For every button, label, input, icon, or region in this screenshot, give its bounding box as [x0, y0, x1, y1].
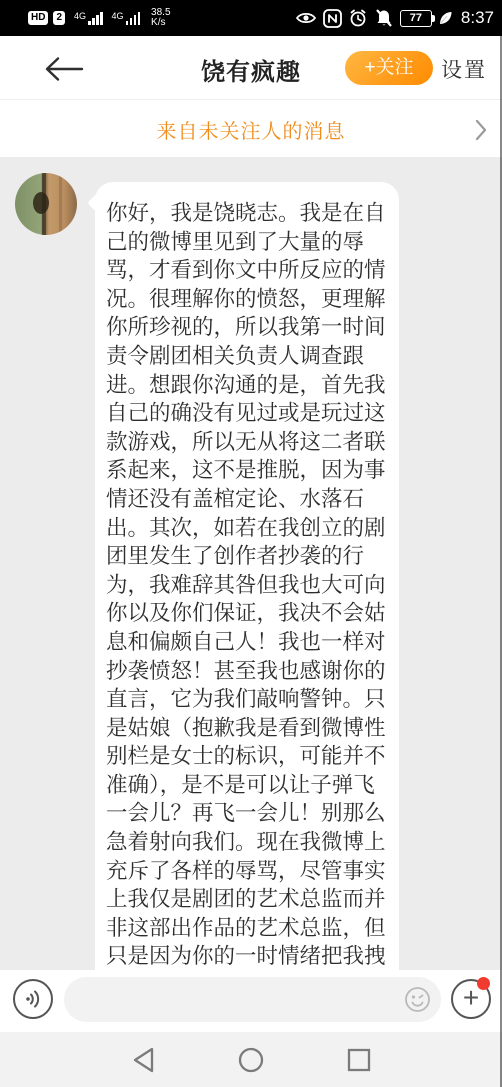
message-text: 你好，我是饶晓志。我是在自 己的微博里见到了大量的辱 骂，才看到你文中所反应的情…: [106, 199, 387, 970]
voice-wave-icon: [22, 988, 44, 1010]
nav-back-button[interactable]: [89, 1046, 197, 1074]
nav-home-button[interactable]: [197, 1046, 305, 1074]
chat-header: 饶有疯趣 +关注 设置: [0, 36, 502, 100]
nav-recents-square-icon: [346, 1047, 372, 1073]
emoji-button[interactable]: [404, 986, 431, 1013]
composer-bar: +: [0, 970, 502, 1032]
chevron-right-icon: [474, 118, 488, 142]
notification-dot: [477, 977, 490, 990]
nav-back-triangle-icon: [130, 1046, 156, 1074]
follow-button[interactable]: +关注: [345, 51, 433, 85]
battery-icon: 77: [400, 10, 432, 27]
alarm-icon: [348, 8, 368, 28]
nav-home-circle-icon: [237, 1046, 265, 1074]
nav-recents-button[interactable]: [305, 1047, 413, 1073]
stranger-message-notice[interactable]: 来自未关注人的消息: [0, 101, 502, 157]
voice-input-button[interactable]: [13, 979, 53, 1019]
signal-icon-sim1: 4G: [74, 12, 103, 25]
smiley-icon: [404, 986, 431, 1013]
sim2-badge: 2: [53, 11, 65, 25]
message-bubble: 你好，我是饶晓志。我是在自 己的微博里见到了大量的辱 骂，才看到你文中所反应的情…: [95, 182, 399, 970]
battery-percent: 77: [410, 12, 422, 24]
status-left-cluster: HD 2 4G 4G 38.5 K/s: [28, 8, 171, 28]
mute-bell-icon: [374, 8, 394, 28]
signal-bars-2: [126, 12, 141, 25]
more-actions-button[interactable]: +: [451, 979, 491, 1019]
status-right-cluster: 77 8:37: [295, 8, 494, 28]
status-bar: HD 2 4G 4G 38.5 K/s: [0, 0, 502, 36]
avatar-photo: [15, 173, 77, 235]
power-saving-leaf-icon: [438, 10, 453, 26]
avatar[interactable]: [15, 173, 77, 235]
plus-icon: +: [463, 984, 479, 1012]
message-input[interactable]: [64, 977, 441, 1022]
signal-bars-1: [88, 12, 103, 25]
nfc-icon: [323, 9, 342, 28]
status-time: 8:37: [461, 8, 494, 28]
android-nav-bar: [0, 1032, 502, 1087]
eye-comfort-icon: [295, 9, 317, 27]
settings-button[interactable]: 设置: [441, 54, 487, 84]
speed-unit: K/s: [151, 17, 165, 28]
hd-volte-badge: HD: [28, 11, 48, 25]
signal-icon-sim2: 4G: [112, 12, 141, 25]
message-list: 你好，我是饶晓志。我是在自 己的微博里见到了大量的辱 骂，才看到你文中所反应的情…: [0, 157, 502, 970]
network-speed: 38.5 K/s: [151, 8, 170, 28]
phone-screen: HD 2 4G 4G 38.5 K/s: [0, 0, 502, 1087]
notice-text: 来自未关注人的消息: [157, 115, 346, 144]
